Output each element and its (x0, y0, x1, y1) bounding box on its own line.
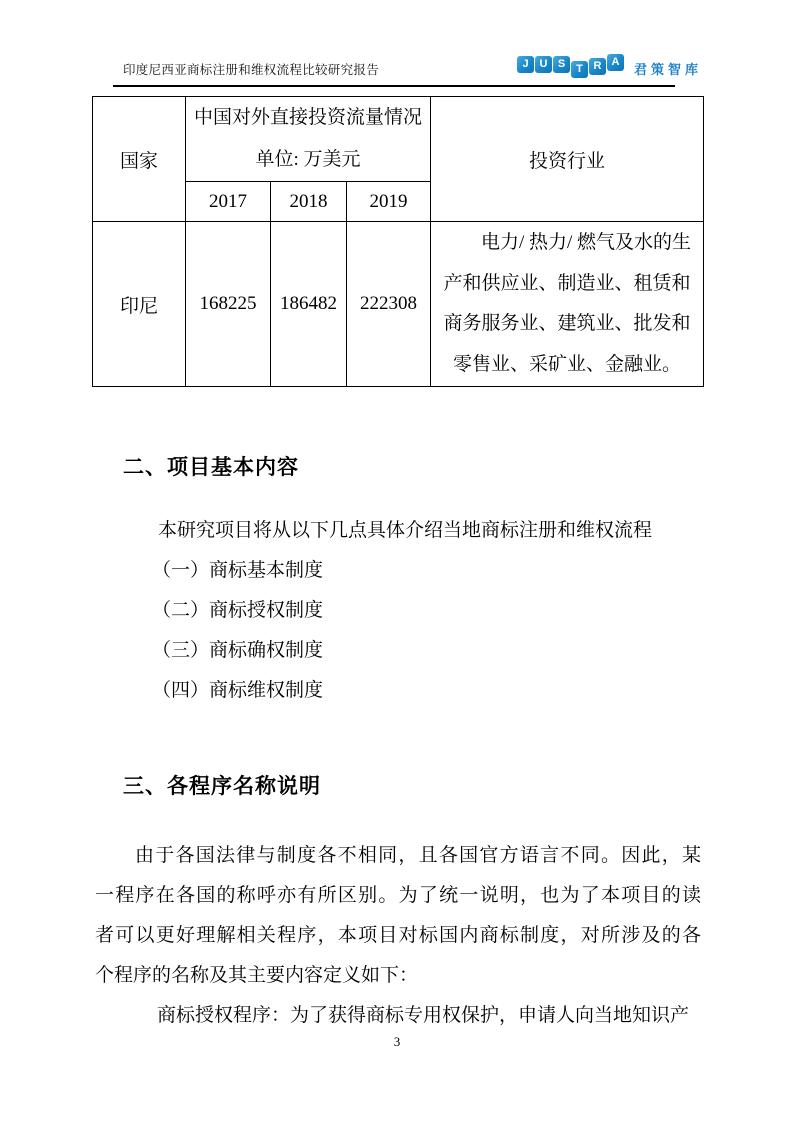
investment-flow-header-line2: 单位: 万美元 (186, 139, 430, 181)
logo-letter: J (517, 56, 534, 73)
logo-wordmark: 君策智库 (634, 59, 702, 78)
document-page: 印度尼西亚商标注册和维权流程比较研究报告 J U S T R A 君策智库 国家… (0, 0, 794, 1123)
logo-letter: S (553, 56, 570, 73)
year-header-cell: 2018 (271, 182, 347, 222)
list-item: （一）商标基本制度 (95, 551, 701, 591)
header-divider (113, 85, 675, 87)
table-row: 印尼 168225 186482 222308 电力/ 热力/ 燃气及水的生产和… (93, 222, 704, 387)
value-cell: 168225 (186, 222, 271, 387)
paragraph-line: 由于各国法律与制度各不相同，且各国官方语言不同。因此，某 (95, 836, 701, 876)
paragraph-line: 个程序的名称及其主要内容定义如下： (95, 956, 701, 996)
section3-heading: 三、各程序名称说明 (123, 770, 321, 800)
logo-letter: R (589, 58, 606, 75)
logo-letter: A (607, 54, 624, 71)
year-header-cell: 2017 (186, 182, 271, 222)
year-header-cell: 2019 (347, 182, 431, 222)
investment-flow-header-cell: 中国对外直接投资流量情况 单位: 万美元 (186, 97, 431, 182)
list-item: （四）商标维权制度 (95, 671, 701, 711)
page-number: 3 (0, 1034, 794, 1050)
paragraph-line: 商标授权程序：为了获得商标专用权保护，申请人向当地知识产 (95, 996, 701, 1036)
industries-cell: 电力/ 热力/ 燃气及水的生产和供应业、制造业、租赁和商务服务业、建筑业、批发和… (431, 222, 704, 387)
section3-body: 由于各国法律与制度各不相同，且各国官方语言不同。因此，某 一程序在各国的称呼亦有… (95, 836, 701, 1036)
section2-intro: 本研究项目将从以下几点具体介绍当地商标注册和维权流程 (95, 511, 701, 551)
list-item: （三）商标确权制度 (95, 631, 701, 671)
investment-flow-header-line1: 中国对外直接投资流量情况 (186, 97, 430, 139)
investment-table: 国家 中国对外直接投资流量情况 单位: 万美元 投资行业 2017 2018 2… (92, 96, 704, 387)
logo-letter: T (571, 61, 588, 78)
justra-logo: J U S T R A 君策智库 (517, 56, 702, 78)
country-header-cell: 国家 (93, 97, 186, 222)
section2-body: 本研究项目将从以下几点具体介绍当地商标注册和维权流程 （一）商标基本制度 （二）… (95, 511, 701, 711)
logo-letter: U (535, 56, 552, 73)
section2-heading: 二、项目基本内容 (123, 451, 299, 481)
list-item: （二）商标授权制度 (95, 591, 701, 631)
paragraph-line: 一程序在各国的称呼亦有所区别。为了统一说明，也为了本项目的读 (95, 876, 701, 916)
country-cell: 印尼 (93, 222, 186, 387)
paragraph-line: 者可以更好理解相关程序，本项目对标国内商标制度，对所涉及的各 (95, 916, 701, 956)
value-cell: 186482 (271, 222, 347, 387)
header-title: 印度尼西亚商标注册和维权流程比较研究报告 (123, 60, 379, 78)
value-cell: 222308 (347, 222, 431, 387)
logo-letter-boxes: J U S T R A (517, 56, 624, 78)
industry-header-cell: 投资行业 (431, 97, 704, 222)
